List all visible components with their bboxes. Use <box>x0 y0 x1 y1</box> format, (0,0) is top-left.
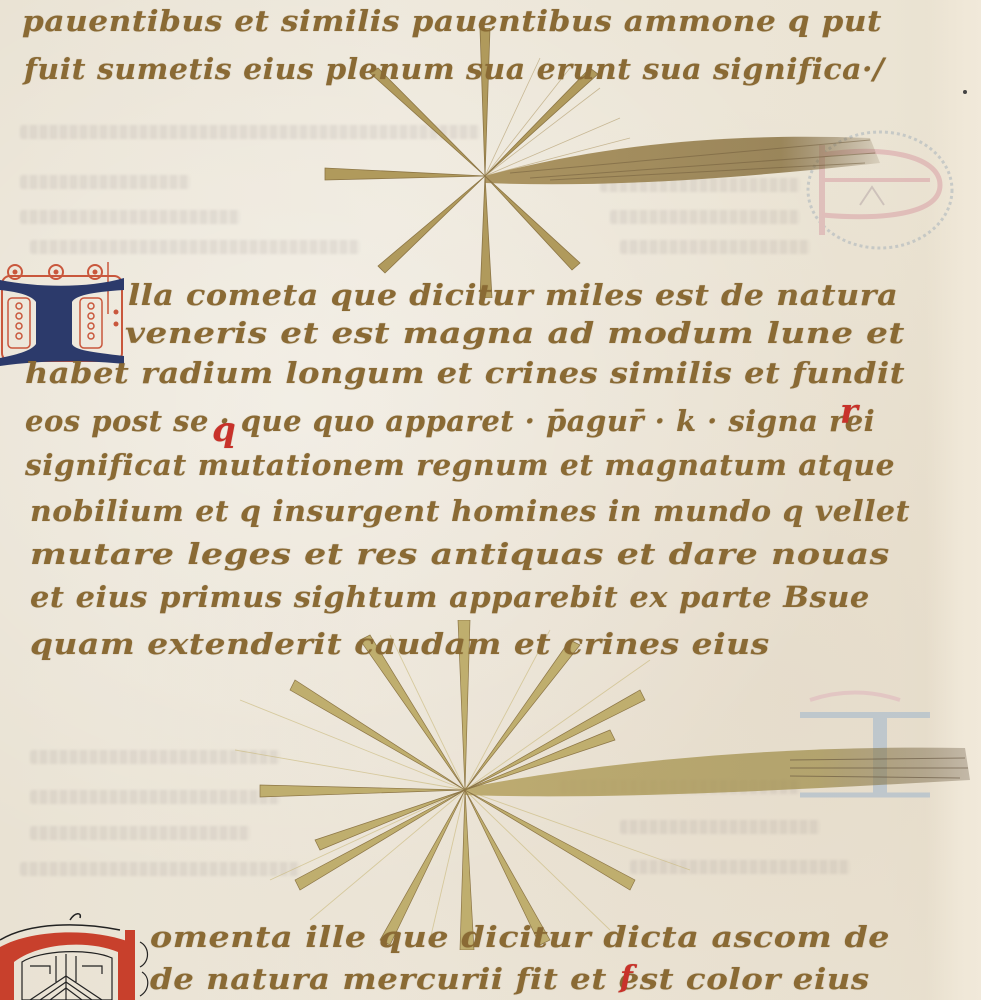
decorated-initial-i <box>0 262 128 370</box>
text-line-8: nobilium et q insurgent homines in mundo… <box>30 494 910 528</box>
text-line-3: lla cometa que dicitur miles est de natu… <box>128 278 898 312</box>
text-line-2: fuit sumetis eius plenum sua erunt sua s… <box>24 52 884 86</box>
text-line-4: veneris et est magna ad modum lune et <box>125 316 905 350</box>
comet-illustration-bottom <box>230 620 975 950</box>
ink-dot <box>963 90 967 94</box>
text-line-5: habet radium longum et crines similis et… <box>25 356 905 390</box>
text-line-7: significat mutationem regnum et magnatum… <box>25 448 895 482</box>
text-line-1: pauentibus et similis pauentibus ammone … <box>22 4 882 38</box>
rubric-mark-1: q <box>212 410 236 450</box>
text-line-12: omenta ille que dicitur dicta ascom de <box>150 920 890 954</box>
decorated-initial-c <box>0 912 160 1000</box>
text-line-11: quam extenderit caudam et crines eius <box>30 627 770 661</box>
rubric-mark-3: f <box>620 960 633 995</box>
text-line-9: mutare leges et res antiquas et dare nou… <box>30 537 890 571</box>
text-line-13: de natura mercurii fit et est color eius <box>150 962 870 996</box>
rubric-mark-2: r <box>840 392 858 432</box>
text-line-10: et eius primus sightum apparebit ex part… <box>30 580 870 614</box>
text-line-6: eos post se · que quo apparet · p̄agur̄ … <box>25 404 875 438</box>
